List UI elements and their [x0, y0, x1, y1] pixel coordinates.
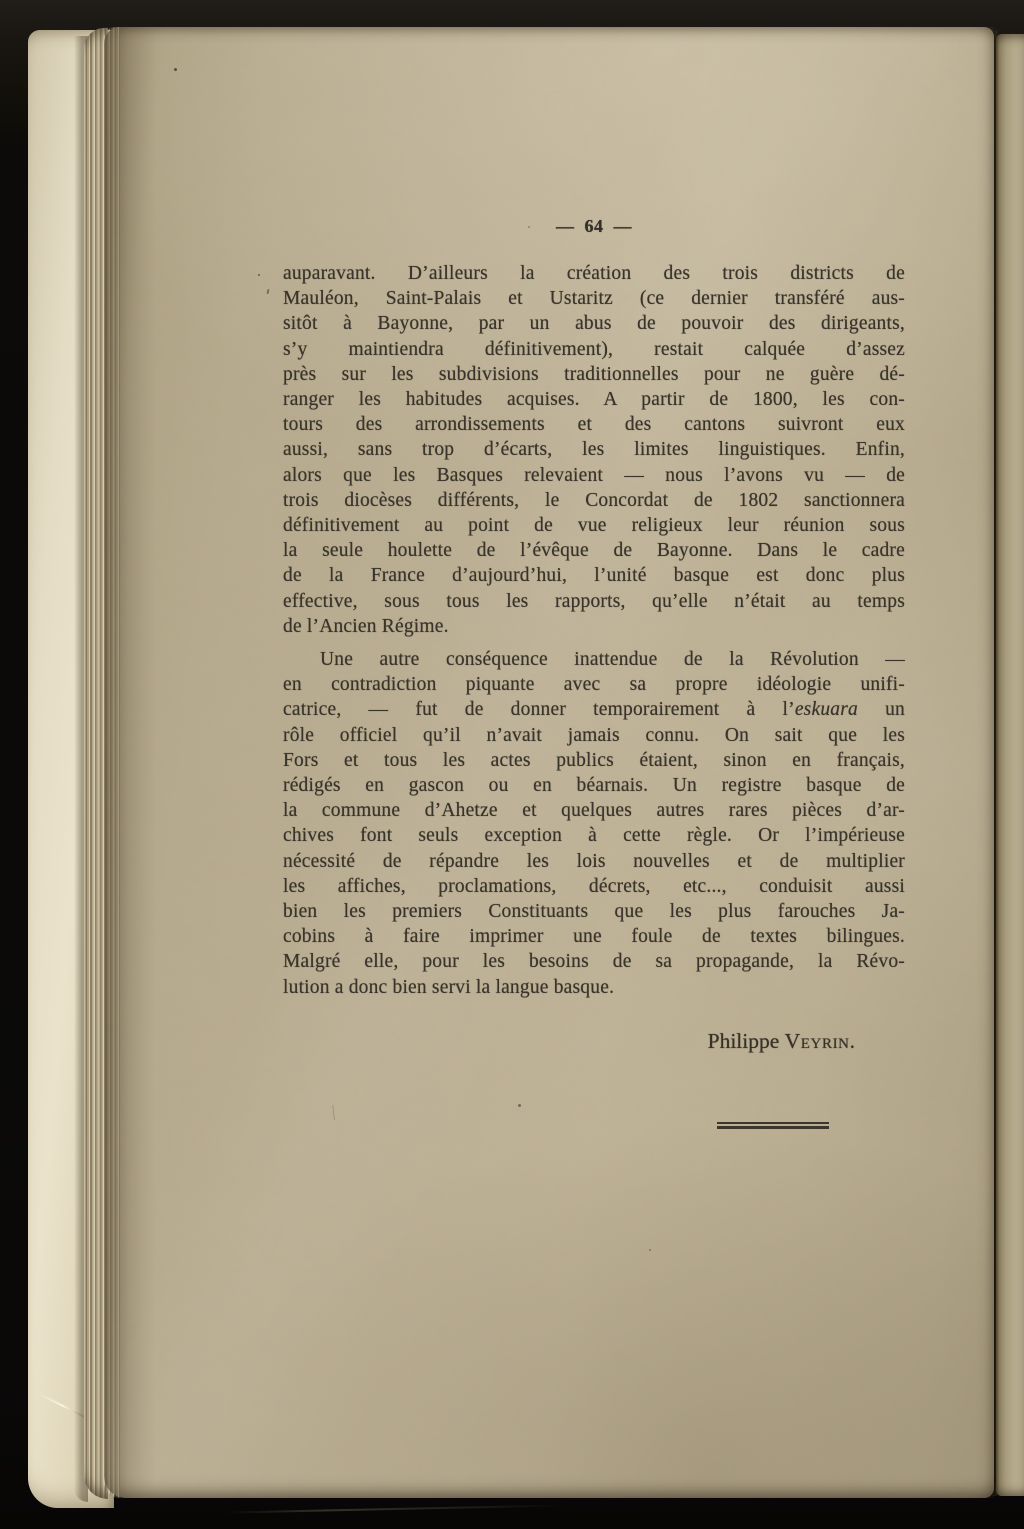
author-last-name: Veyrin: [785, 1029, 850, 1053]
text-line: de l’Ancien Régime.: [283, 614, 905, 639]
text-line: bien les premiers Constituants que les p…: [283, 899, 905, 924]
author-signature: Philippe Veyrin.: [283, 1028, 905, 1054]
text-line: effective, sous tous les rapports, qu’el…: [283, 589, 905, 614]
paper-speck: [258, 274, 260, 276]
paper-speck: [528, 226, 530, 228]
paper-speck: [174, 68, 177, 71]
text-line: définitivement au point de vue religieux…: [283, 513, 905, 538]
book-scan-photo: — 64 — auparavant. D’ailleurs la créatio…: [0, 0, 1024, 1529]
text-line: Une autre conséquence inattendue de la R…: [283, 647, 905, 672]
text-line: de la France d’aujourd’hui, l’unité basq…: [283, 563, 905, 588]
text-line: en contradiction piquante avec sa propre…: [283, 672, 905, 697]
page-number: — 64 —: [283, 216, 905, 237]
text-line: ranger les habitudes acquises. A partir …: [283, 387, 905, 412]
author-first-name: Philippe: [708, 1029, 785, 1053]
text-line: catrice, — fut de donner temporairement …: [283, 697, 905, 722]
text-line: trois diocèses différents, le Concordat …: [283, 488, 905, 513]
text-line: Malgré elle, pour les besoins de sa prop…: [283, 949, 905, 974]
text-line: les affiches, proclamations, décrets, et…: [283, 874, 905, 899]
end-of-article-rule: [717, 1122, 829, 1129]
paragraph-1: auparavant. D’ailleurs la création des t…: [283, 261, 905, 639]
text-line: auparavant. D’ailleurs la création des t…: [283, 261, 905, 286]
text-line: nécessité de répandre les lois nouvelles…: [283, 849, 905, 874]
text-line: près sur les subdivisions traditionnelle…: [283, 362, 905, 387]
paper-speck: [649, 1249, 651, 1251]
text-line: Mauléon, Saint-Palais et Ustaritz (ce de…: [283, 286, 905, 311]
paragraph-2: Une autre conséquence inattendue de la R…: [283, 647, 905, 1000]
text-line: aussi, sans trop d’écarts, les limites l…: [283, 437, 905, 462]
text-line: cobins à faire imprimer une foule de tex…: [283, 924, 905, 949]
text-line: s’y maintiendra définitivement), restait…: [283, 337, 905, 362]
text-line: la commune d’Ahetze et quelques autres r…: [283, 798, 905, 823]
text-line: alors que les Basques relevaient — nous …: [283, 463, 905, 488]
text-line: la seule houlette de l’évêque de Bayonne…: [283, 538, 905, 563]
text-line: lution a donc bien servi la langue basqu…: [283, 975, 905, 1000]
adjacent-page-edge: [996, 34, 1024, 1496]
book-page: — 64 — auparavant. D’ailleurs la créatio…: [104, 27, 994, 1498]
text-block: — 64 — auparavant. D’ailleurs la créatio…: [283, 27, 905, 1498]
paper-speck: [518, 1104, 521, 1107]
text-line: rôle officiel qu’il n’avait jamais connu…: [283, 723, 905, 748]
text-line: tours des arrondissements et des cantons…: [283, 412, 905, 437]
text-line: chives font seuls exception à cette règl…: [283, 823, 905, 848]
scratch-mark: [225, 1504, 565, 1513]
text-line: rédigés en gascon ou en béarnais. Un reg…: [283, 773, 905, 798]
signature-period: .: [850, 1029, 855, 1053]
text-line: Fors et tous les actes publics étaient, …: [283, 748, 905, 773]
text-line: sitôt à Bayonne, par un abus de pouvoir …: [283, 311, 905, 336]
